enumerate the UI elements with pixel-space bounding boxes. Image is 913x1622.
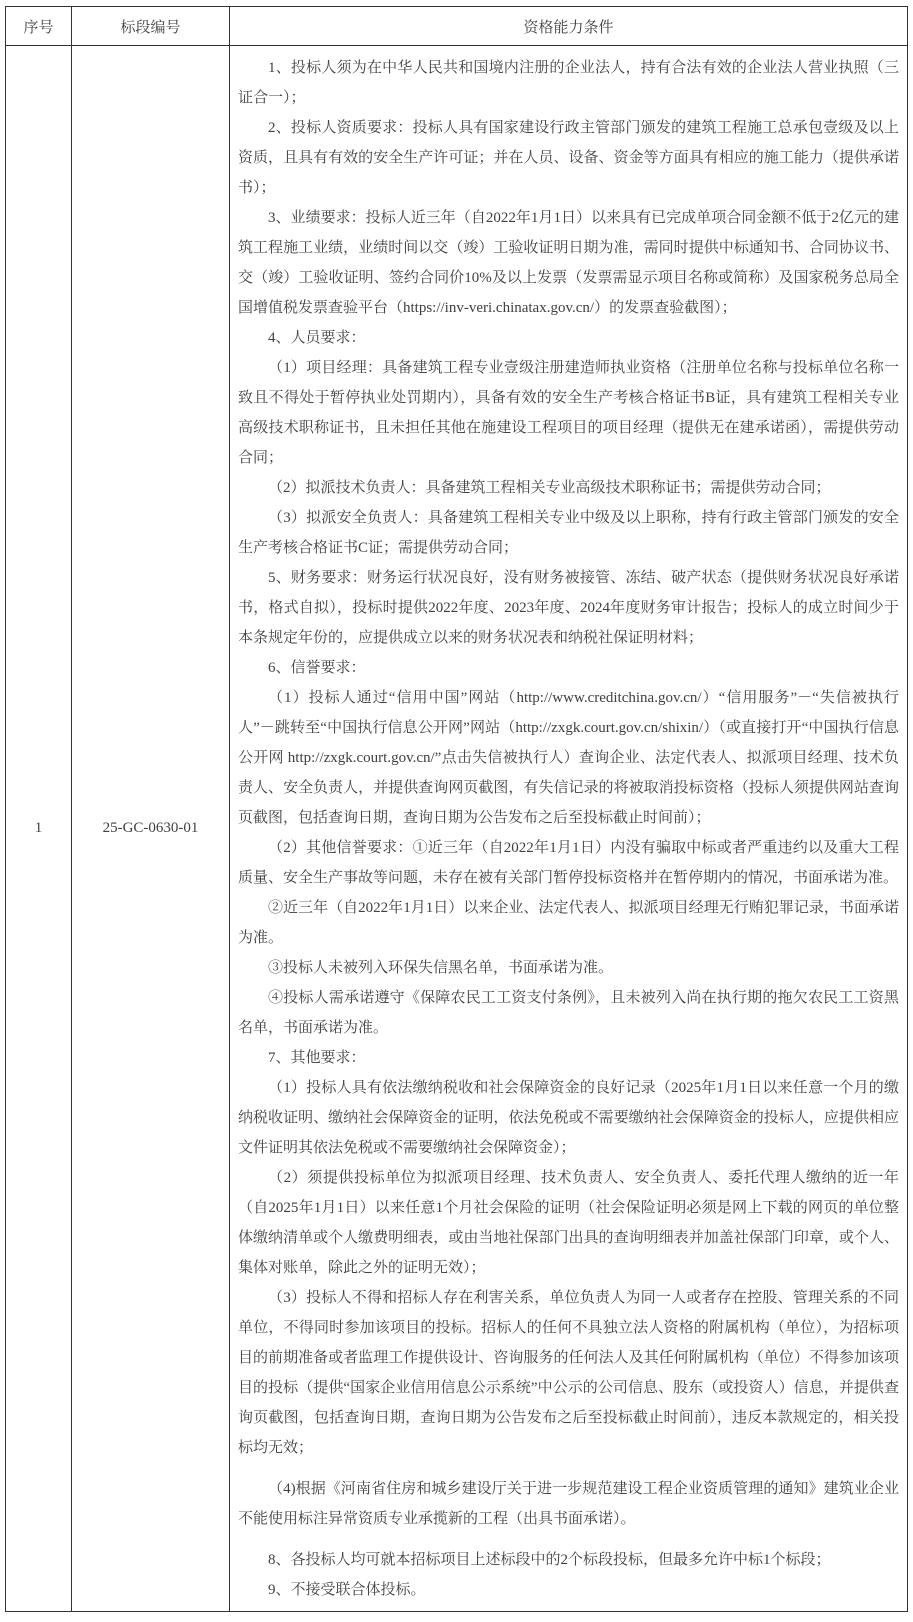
header-row: 序号 标段编号 资格能力条件 — [6, 7, 908, 46]
qualification-paragraph: ③投标人未被列入环保失信黑名单，书面承诺为准。 — [238, 953, 899, 983]
qualification-paragraph: 7、其他要求： — [238, 1043, 899, 1073]
qualification-paragraph: （2）拟派技术负责人：具备建筑工程相关专业高级技术职称证书；需提供劳动合同； — [238, 473, 899, 503]
qualification-paragraph: 6、信誉要求： — [238, 653, 899, 683]
qualification-conditions-cell: 1、投标人须为在中华人民共和国境内注册的企业法人，持有合法有效的企业法人营业执照… — [230, 46, 908, 1612]
qualification-paragraph: 5、财务要求：财务运行状况良好，没有财务被接管、冻结、破产状态（提供财务状况良好… — [238, 563, 899, 653]
qualification-paragraph: （1）投标人具有依法缴纳税收和社会保障资金的良好记录（2025年1月1日以来任意… — [238, 1073, 899, 1163]
qualification-paragraphs: 1、投标人须为在中华人民共和国境内注册的企业法人，持有合法有效的企业法人营业执照… — [238, 53, 899, 1605]
qualification-paragraph: 9、不接受联合体投标。 — [238, 1575, 899, 1605]
qualification-paragraph: 8、各投标人均可就本招标项目上述标段中的2个标段投标，但最多允许中标1个标段； — [238, 1545, 899, 1575]
qualification-paragraph: （1）投标人通过“信用中国”网站（http://www.creditchina.… — [238, 683, 899, 833]
qualification-paragraph: （4)根据《河南省住房和城乡建设厅关于进一步规范建设工程企业资质管理的通知》建筑… — [238, 1474, 899, 1534]
qualification-paragraph: 3、业绩要求：投标人近三年（自2022年1月1日）以来具有已完成单项合同金额不低… — [238, 203, 899, 323]
qualification-paragraph: （3）投标人不得和招标人存在利害关系，单位负责人为同一人或者存在控股、管理关系的… — [238, 1283, 899, 1463]
qualification-paragraph: （3）拟派安全负责人：具备建筑工程相关专业中级及以上职称，持有行政主管部门颁发的… — [238, 503, 899, 563]
header-qualification-conditions: 资格能力条件 — [230, 7, 908, 46]
serial-number-cell: 1 — [6, 46, 72, 1612]
qualification-paragraph: （1）项目经理：具备建筑工程专业壹级注册建造师执业资格（注册单位名称与投标单位名… — [238, 353, 899, 473]
table-row: 1 25-GC-0630-01 1、投标人须为在中华人民共和国境内注册的企业法人… — [6, 46, 908, 1612]
qualification-paragraph: ④投标人需承诺遵守《保障农民工工资支付条例》，且未被列入尚在执行期的拖欠农民工工… — [238, 983, 899, 1043]
qualification-paragraph: （2）须提供投标单位为拟派项目经理、技术负责人、安全负责人、委托代理人缴纳的近一… — [238, 1163, 899, 1283]
qualification-paragraph: 2、投标人资质要求：投标人具有国家建设行政主管部门颁发的建筑工程施工总承包壹级及… — [238, 113, 899, 203]
document-page: 序号 标段编号 资格能力条件 1 25-GC-0630-01 1、投标人须为在中… — [0, 0, 913, 1622]
qualification-paragraph: 4、人员要求： — [238, 323, 899, 353]
qualification-paragraph: （2）其他信誉要求：①近三年（自2022年1月1日）内没有骗取中标或者严重违约以… — [238, 833, 899, 893]
qualification-table: 序号 标段编号 资格能力条件 1 25-GC-0630-01 1、投标人须为在中… — [5, 6, 908, 1612]
qualification-paragraph: ②近三年（自2022年1月1日）以来企业、法定代表人、拟派项目经理无行贿犯罪记录… — [238, 893, 899, 953]
header-section-code: 标段编号 — [72, 7, 230, 46]
section-code-cell: 25-GC-0630-01 — [72, 46, 230, 1612]
qualification-paragraph: 1、投标人须为在中华人民共和国境内注册的企业法人，持有合法有效的企业法人营业执照… — [238, 53, 899, 113]
header-serial-number: 序号 — [6, 7, 72, 46]
